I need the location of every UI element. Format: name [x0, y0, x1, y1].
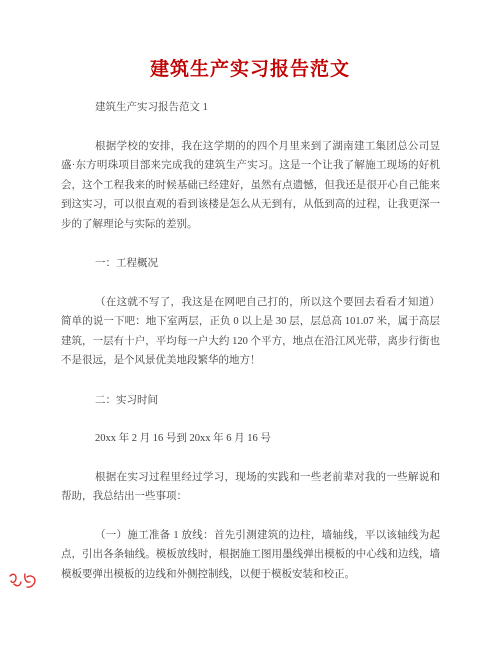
item1-paragraph: （一）施工准备 1 放线：首先引测建筑的边柱，墙轴线，平以该轴线为起点，引出各条…	[61, 526, 440, 585]
intro-paragraph: 根据学校的安排，我在这学期的的四个月里来到了湖南建工集团总公司昱盛·东方明珠项目…	[61, 137, 440, 235]
section2-date-line: 20xx 年 2 月 16 号到 20xx 年 6 月 16 号	[61, 429, 440, 449]
section2-heading: 二：实习时间	[61, 391, 440, 411]
red-ink-scribble-icon	[7, 570, 39, 592]
document-page: 建筑生产实习报告范文 建筑生产实习报告范文 1 根据学校的安排，我在这学期的的四…	[0, 0, 500, 647]
summary-intro-paragraph: 根据在实习过程里经过学习，现场的实践和一些老前辈对我的一些解说和帮助，我总结出一…	[61, 468, 440, 507]
section1-heading: 一：工程概况	[61, 254, 440, 274]
section1-body-paragraph: （在这就不写了，我这是在网吧自己打的，所以这个要回去看看才知道）简单的说一下吧：…	[61, 293, 440, 371]
document-body: 建筑生产实习报告范文 1 根据学校的安排，我在这学期的的四个月里来到了湖南建工集…	[0, 98, 500, 584]
document-subtitle: 建筑生产实习报告范文 1	[61, 98, 440, 118]
document-title: 建筑生产实习报告范文	[0, 54, 500, 81]
